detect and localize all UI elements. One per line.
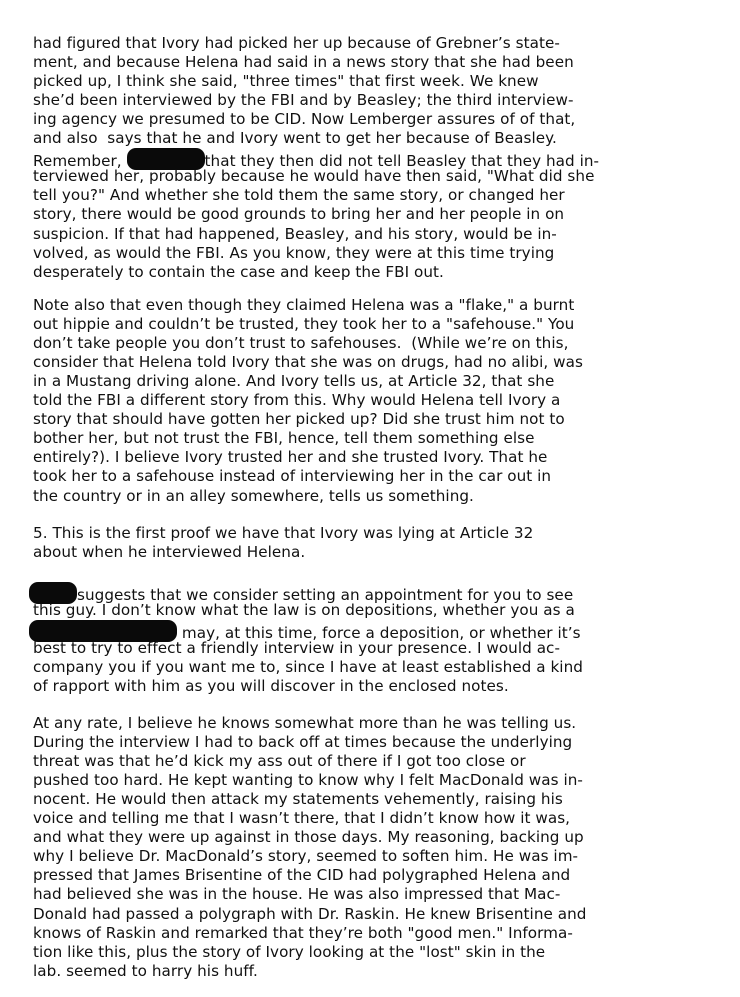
text-line: threat was that he’d kick my ass out of …	[33, 752, 526, 771]
text-line: suggests that we consider setting an app…	[33, 582, 573, 601]
text-line: Note also that even though they claimed …	[33, 296, 574, 315]
text-line: At any rate, I believe he knows somewhat…	[33, 714, 576, 733]
text-line: and what they were up against in those d…	[33, 828, 584, 847]
text-line: had believed she was in the house. He wa…	[33, 885, 560, 904]
text-line: lab. seemed to harry his huff.	[33, 962, 258, 981]
text-line: told the FBI a different story from this…	[33, 391, 560, 410]
text-line: of rapport with him as you will discover…	[33, 677, 509, 696]
text-line: this guy. I don’t know what the law is o…	[33, 601, 575, 620]
text-line: don’t take people you don’t trust to saf…	[33, 334, 568, 353]
text-line: pushed too hard. He kept wanting to know…	[33, 771, 583, 790]
text-line: took her to a safehouse instead of inter…	[33, 467, 551, 486]
text-line: picked up, I think she said, "three time…	[33, 72, 539, 91]
text-line: terviewed her, probably because he would…	[33, 167, 594, 186]
text-line: story that should have gotten her picked…	[33, 410, 565, 429]
text-line: in a Mustang driving alone. And Ivory te…	[33, 372, 554, 391]
text-line: ment, and because Helena had said in a n…	[33, 53, 574, 72]
text-line: best to try to effect a friendly intervi…	[33, 639, 560, 658]
text-line: voice and telling me that I wasn’t there…	[33, 809, 570, 828]
text-line: consider that Helena told Ivory that she…	[33, 353, 583, 372]
text-line: out hippie and couldn’t be trusted, they…	[33, 315, 574, 334]
text-line: suspicion. If that had happened, Beasley…	[33, 225, 557, 244]
text-line: and also says that he and Ivory went to …	[33, 129, 557, 148]
text-line: knows of Raskin and remarked that they’r…	[33, 924, 573, 943]
text-line: During the interview I had to back off a…	[33, 733, 572, 752]
document-page: had figured that Ivory had picked her up…	[0, 0, 740, 997]
text-line: pressed that James Brisentine of the CID…	[33, 866, 570, 885]
text-line: story, there would be good grounds to br…	[33, 205, 564, 224]
text-line: desperately to contain the case and keep…	[33, 263, 444, 282]
text-line: tell you?" And whether she told them the…	[33, 186, 565, 205]
text-line: had figured that Ivory had picked her up…	[33, 34, 560, 53]
text-line: Donald had passed a polygraph with Dr. R…	[33, 905, 587, 924]
text-line: she’d been interviewed by the FBI and by…	[33, 91, 573, 110]
text-line: company you if you want me to, since I h…	[33, 658, 583, 677]
text-line: bother her, but not trust the FBI, hence…	[33, 429, 535, 448]
text-line: about when he interviewed Helena.	[33, 543, 305, 562]
text-line: 5. This is the first proof we have that …	[33, 524, 533, 543]
text-line: nocent. He would then attack my statemen…	[33, 790, 563, 809]
text-line: Remember, that they then did not tell Be…	[33, 148, 599, 167]
text-line: ing agency we presumed to be CID. Now Le…	[33, 110, 575, 129]
text-line: why I believe Dr. MacDonald’s story, see…	[33, 847, 578, 866]
text-line: the country or in an alley somewhere, te…	[33, 487, 474, 506]
text-line: entirely?). I believe Ivory trusted her …	[33, 448, 547, 467]
text-line: may, at this time, force a deposition, o…	[33, 620, 581, 639]
text-line: tion like this, plus the story of Ivory …	[33, 943, 545, 962]
text-line: volved, as would the FBI. As you know, t…	[33, 244, 554, 263]
